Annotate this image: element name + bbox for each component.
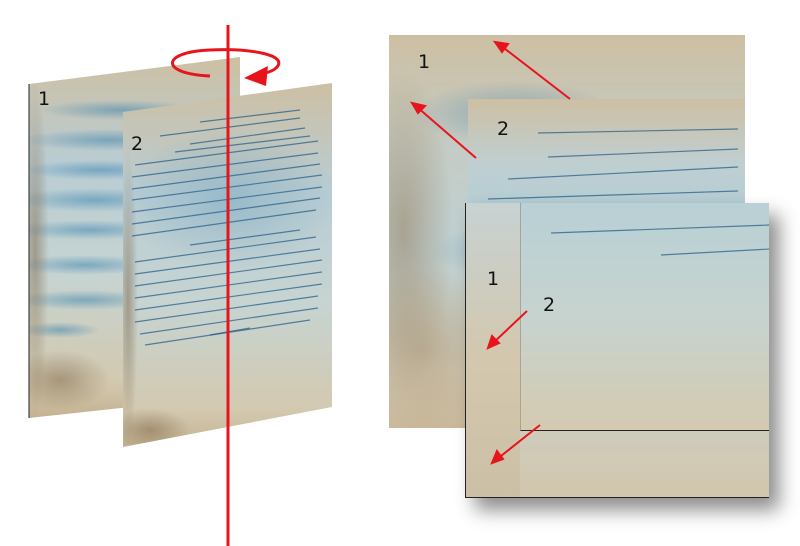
corner-arrows [0, 0, 800, 546]
right-panel: 1 2 1 2 [0, 0, 800, 546]
arrow-icon [495, 42, 570, 99]
arrow-icon [412, 103, 476, 158]
arrow-icon [488, 311, 527, 348]
arrow-icon [492, 425, 540, 463]
